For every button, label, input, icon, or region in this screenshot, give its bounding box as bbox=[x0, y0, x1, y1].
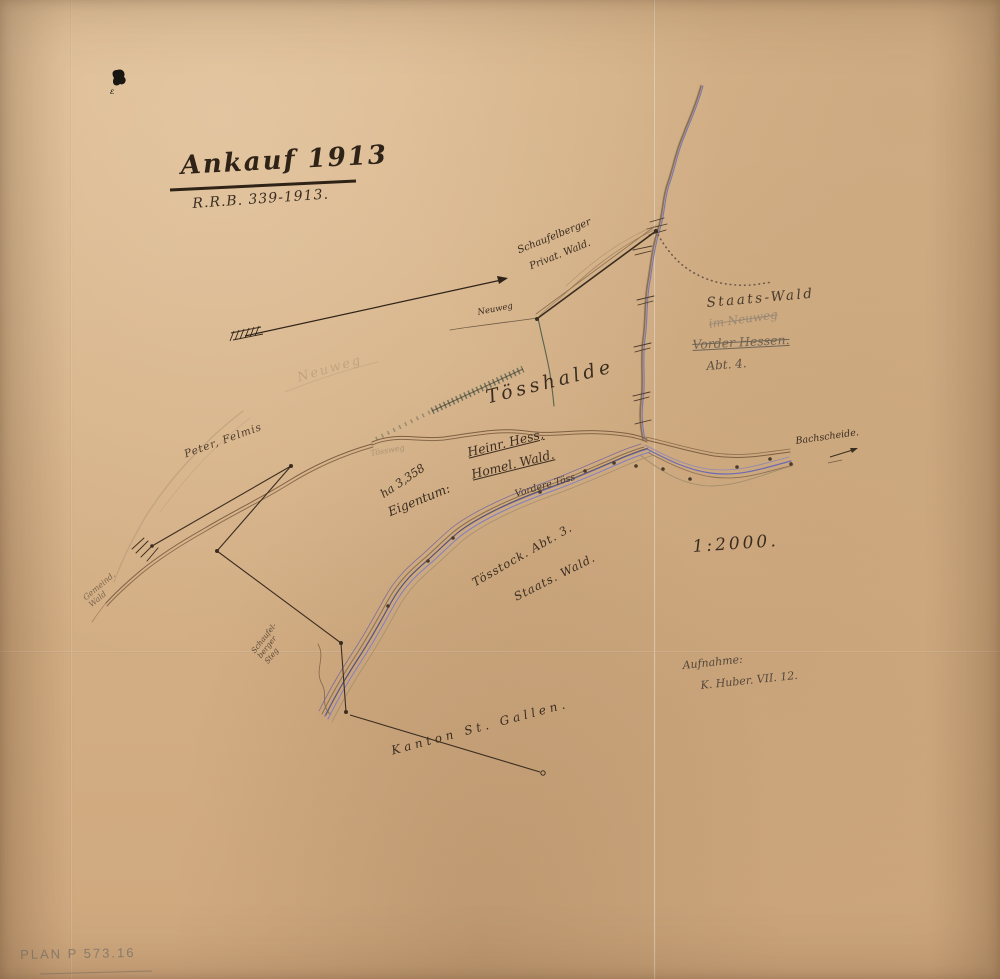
dotted-path bbox=[658, 235, 772, 285]
tiny-e-mark: ε bbox=[110, 88, 114, 97]
archive-plan-number: PLAN P 573.16 bbox=[20, 946, 136, 962]
survey-traverse bbox=[132, 466, 346, 712]
pencil-sketch-lines bbox=[114, 362, 378, 582]
label-abt-4: Abt. 4. bbox=[706, 357, 747, 373]
ink-blot bbox=[113, 69, 126, 85]
road-lines bbox=[92, 225, 790, 714]
map-sheet: Ankauf 1913 R.R.B. 339-1913. Schaufelber… bbox=[0, 0, 1000, 979]
plan-number-underline bbox=[40, 971, 152, 974]
stream-line bbox=[633, 86, 703, 440]
map-drawing bbox=[0, 0, 1000, 979]
reference-arrow bbox=[230, 276, 508, 341]
bachscheide-arrow bbox=[828, 448, 858, 463]
